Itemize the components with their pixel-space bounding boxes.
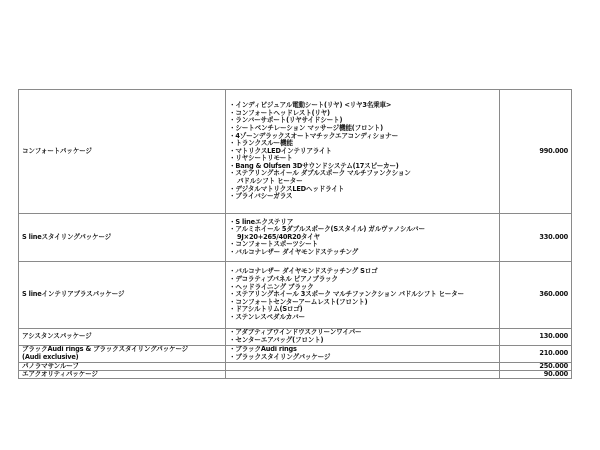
- package-name: アシスタンスパッケージ: [19, 329, 226, 346]
- table-row-comfort-package: コンフォートパッケージ ・インディビジュアル電動シート(リヤ) <リヤ3名乗車>…: [19, 90, 572, 214]
- package-name-line2: (Audi exclusive): [22, 354, 222, 362]
- package-price: 130.000: [500, 329, 572, 346]
- package-name: エアクオリティパッケージ: [19, 371, 226, 379]
- list-item: ・ブラックスタイリングパッケージ: [229, 354, 496, 362]
- list-item: ・バルコナレザー ダイヤモンドステッチング: [229, 249, 496, 257]
- list-item: ・ステンレスペダルカバー: [229, 314, 496, 322]
- package-items-empty: [226, 371, 500, 379]
- list-item: ・センターエアバッグ(フロント): [229, 337, 496, 345]
- list-item: ・プライバシーガラス: [229, 193, 496, 201]
- package-items-empty: [226, 363, 500, 371]
- package-price: 210.000: [500, 346, 572, 363]
- table-row-air-quality-package: エアクオリティパッケージ 90.000: [19, 371, 572, 379]
- package-price: 360.000: [500, 262, 572, 329]
- table-row-panorama-sunroof: パノラマサンルーフ 250.000: [19, 363, 572, 371]
- package-items: ・バルコナレザー ダイヤモンドステッチング Sロゴ ・デコラティブパネル ピアノ…: [226, 262, 500, 329]
- package-price: 90.000: [500, 371, 572, 379]
- package-items: ・アダプティブウインドウスクリーンワイパー ・センターエアバッグ(フロント): [226, 329, 500, 346]
- table-row-assistance-package: アシスタンスパッケージ ・アダプティブウインドウスクリーンワイパー ・センターエ…: [19, 329, 572, 346]
- package-price: 990.000: [500, 90, 572, 214]
- package-items: ・S lineエクステリア ・アルミホイール 5ダブルスポーク(Sスタイル) ガ…: [226, 214, 500, 262]
- package-items: ・ブラックAudi rings ・ブラックスタイリングパッケージ: [226, 346, 500, 363]
- table-row-sline-styling-package: S lineスタイリングパッケージ ・S lineエクステリア ・アルミホイール…: [19, 214, 572, 262]
- package-name: パノラマサンルーフ: [19, 363, 226, 371]
- package-name: S lineスタイリングパッケージ: [19, 214, 226, 262]
- package-price: 330.000: [500, 214, 572, 262]
- options-price-table: コンフォートパッケージ ・インディビジュアル電動シート(リヤ) <リヤ3名乗車>…: [18, 89, 572, 379]
- package-items: ・インディビジュアル電動シート(リヤ) <リヤ3名乗車> ・コンフォートヘッドレ…: [226, 90, 500, 214]
- package-price: 250.000: [500, 363, 572, 371]
- table-row-sline-interior-plus-package: S lineインテリアプラスパッケージ ・バルコナレザー ダイヤモンドステッチン…: [19, 262, 572, 329]
- package-name: S lineインテリアプラスパッケージ: [19, 262, 226, 329]
- package-name: コンフォートパッケージ: [19, 90, 226, 214]
- table-row-black-audi-rings-package: ブラックAudi rings & ブラックスタイリングパッケージ (Audi e…: [19, 346, 572, 363]
- package-name: ブラックAudi rings & ブラックスタイリングパッケージ (Audi e…: [19, 346, 226, 363]
